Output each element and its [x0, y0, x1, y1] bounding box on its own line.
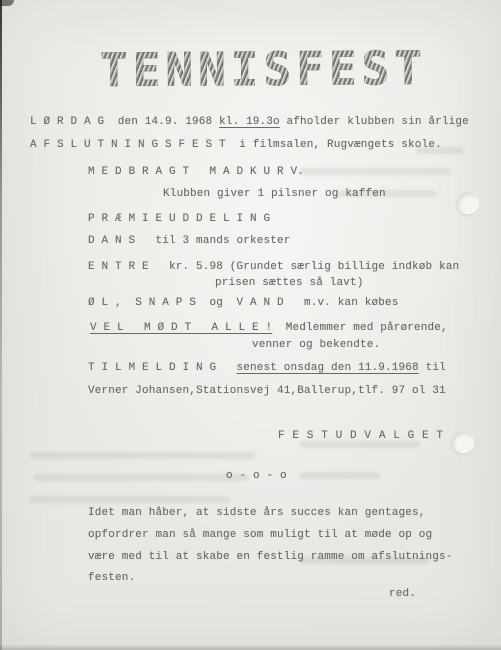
- scanned-flyer-page: TENNISFEST L Ø R D A G den 14.9. 1968 kl…: [0, 0, 501, 650]
- closing-line-3: være med til at skabe en festlig ramme o…: [88, 550, 453, 564]
- closing-line-1: Idet man håber, at sidste års succes kan…: [88, 506, 426, 520]
- item-drikkevarer: Ø L , S N A P S og V A N D m.v. kan købe…: [88, 296, 399, 310]
- scan-edge-artifact-bottom: [0, 645, 501, 650]
- separator-ooo: o - o - o: [226, 469, 287, 483]
- tilmelding-label: T I L M E L D I N G: [88, 362, 237, 374]
- intro-line-1-post: afholder klubben sin årlige: [280, 116, 469, 128]
- intro-line-2: A F S L U T N I N G S F E S T i filmsale…: [30, 138, 442, 152]
- signoff-festudvalget: F E S T U D V A L G E T: [278, 429, 444, 443]
- item-dans: D A N S til 3 mands orkester: [88, 234, 291, 248]
- item-praemieuddeling: P R Æ M I E U D D E L I N G: [88, 212, 270, 226]
- tilmelding-after: til: [419, 362, 446, 374]
- scan-edge-artifact-left: [0, 0, 2, 650]
- item-tilmelding-contact: Verner Johansen,Stationsvej 41,Ballerup,…: [88, 384, 446, 398]
- item-velmoedt-line-2: venner og bekendte.: [252, 338, 380, 352]
- velmoedt-underlined: V E L M Ø D T A L L E !: [90, 322, 272, 334]
- intro-line-1-pre: L Ø R D A G den 14.9. 1968: [30, 116, 219, 128]
- item-entre-line-1: E N T R E kr. 5.98 (Grundet særlig billi…: [88, 260, 459, 274]
- item-medbragt-heading: M E D B R A G T M A D K U R V.: [88, 165, 304, 179]
- intro-line-1: L Ø R D A G den 14.9. 1968 kl. 19.3o afh…: [30, 115, 469, 129]
- item-tilmelding-line-1: T I L M E L D I N G senest onsdag den 11…: [88, 361, 446, 375]
- signature-red: red.: [389, 587, 416, 601]
- page-title: TENNISFEST: [100, 43, 427, 95]
- item-velmoedt-line-1: V E L M Ø D T A L L E ! Medlemmer med på…: [90, 321, 448, 335]
- tilmelding-deadline-underlined: senest onsdag den 11.9.1968: [237, 362, 419, 374]
- item-medbragt-detail: Klubben giver 1 pilsner og kaffen: [163, 187, 386, 201]
- bleed-through-smudge: [30, 452, 255, 459]
- closing-line-2: opfordrer man så mange som muligt til at…: [88, 528, 432, 542]
- bleed-through-smudge: [300, 472, 380, 479]
- closing-line-4: festen.: [88, 571, 135, 585]
- velmoedt-after: Medlemmer med pårørende,: [272, 322, 448, 334]
- intro-time-underlined: kl. 19.3o: [219, 116, 280, 128]
- bleed-through-smudge: [34, 474, 249, 481]
- hole-punch: [457, 192, 479, 214]
- item-entre-line-2: prisen sættes så lavt): [215, 276, 364, 290]
- hole-punch: [452, 431, 474, 453]
- scan-edge-artifact-corner: [0, 0, 14, 6]
- bleed-through-smudge: [30, 496, 230, 503]
- bleed-through-smudge: [300, 168, 450, 175]
